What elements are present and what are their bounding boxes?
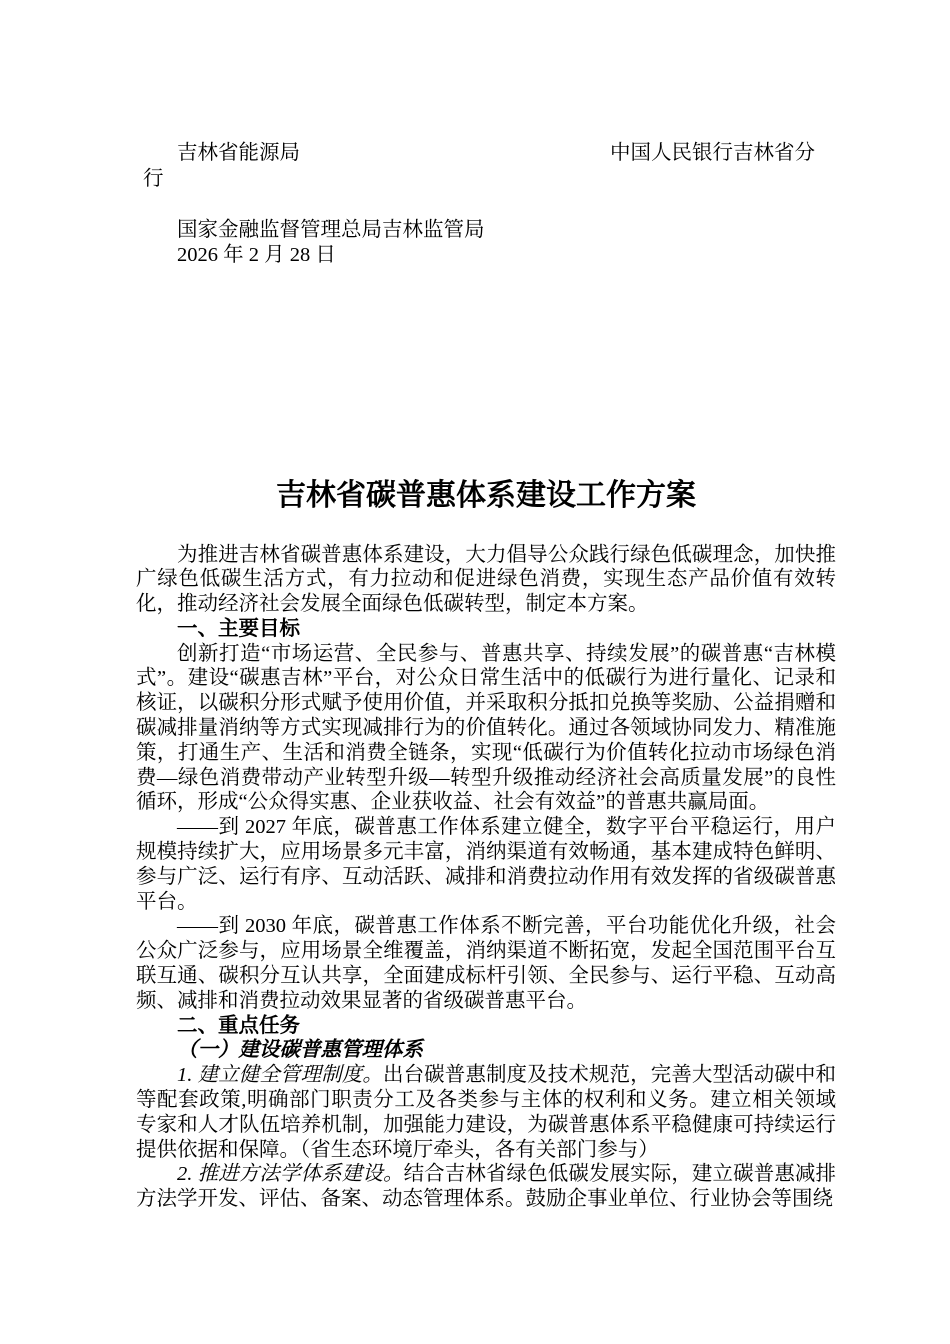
document-page: 吉林省能源局 中国人民银行吉林省分 行 国家金融监督管理总局吉林监管局 2026… <box>0 0 950 1344</box>
blank-line <box>136 192 836 218</box>
task-item-1-lead: 1. 建立健全管理制度。 <box>177 1064 383 1086</box>
intro-paragraph: 为推进吉林省碳普惠体系建设，大力倡导公众践行绿色低碳理念，加快推广绿色低碳生活方… <box>136 543 836 617</box>
goals-paragraph-2030: ——到 2030 年底，碳普惠工作体系不断完善，平台功能优化升级，社会公众广泛参… <box>136 914 836 1013</box>
document-content: 吉林省能源局 中国人民银行吉林省分 行 国家金融监督管理总局吉林监管局 2026… <box>136 141 836 1212</box>
task-item-2: 2. 推进方法学体系建设。结合吉林省绿色低碳发展实际，建立碳普惠减排方法学开发、… <box>136 1162 836 1212</box>
task-item-1: 1. 建立健全管理制度。出台碳普惠制度及技术规范，完善大型活动碳中和等配套政策,… <box>136 1063 836 1162</box>
agency-name-second: 国家金融监督管理总局吉林监管局 <box>136 218 836 244</box>
goals-paragraph-2027: ——到 2027 年底，碳普惠工作体系建立健全，数字平台平稳运行，用户规模持续扩… <box>136 815 836 914</box>
section-heading-goals: 一、主要目标 <box>136 617 836 642</box>
document-date: 2026 年 2 月 28 日 <box>136 243 836 269</box>
section-heading-tasks: 二、重点任务 <box>136 1014 836 1039</box>
signature-line: 吉林省能源局 中国人民银行吉林省分 <box>136 141 836 167</box>
task-item-2-lead: 2. 推进方法学体系建设。 <box>177 1163 404 1185</box>
agency-name-left: 吉林省能源局 <box>136 142 300 164</box>
agency-name-right-wrap: 行 <box>143 167 836 193</box>
agency-name-right: 中国人民银行吉林省分 <box>610 141 815 167</box>
subsection-heading-management: （一）建设碳普惠管理体系 <box>136 1038 836 1063</box>
document-title: 吉林省碳普惠体系建设工作方案 <box>136 478 836 514</box>
goals-paragraph-1: 创新打造“市场运营、全民参与、普惠共享、持续发展”的碳普惠“吉林模式”。建设“碳… <box>136 642 836 816</box>
signature-block: 吉林省能源局 中国人民银行吉林省分 行 国家金融监督管理总局吉林监管局 2026… <box>136 141 836 269</box>
